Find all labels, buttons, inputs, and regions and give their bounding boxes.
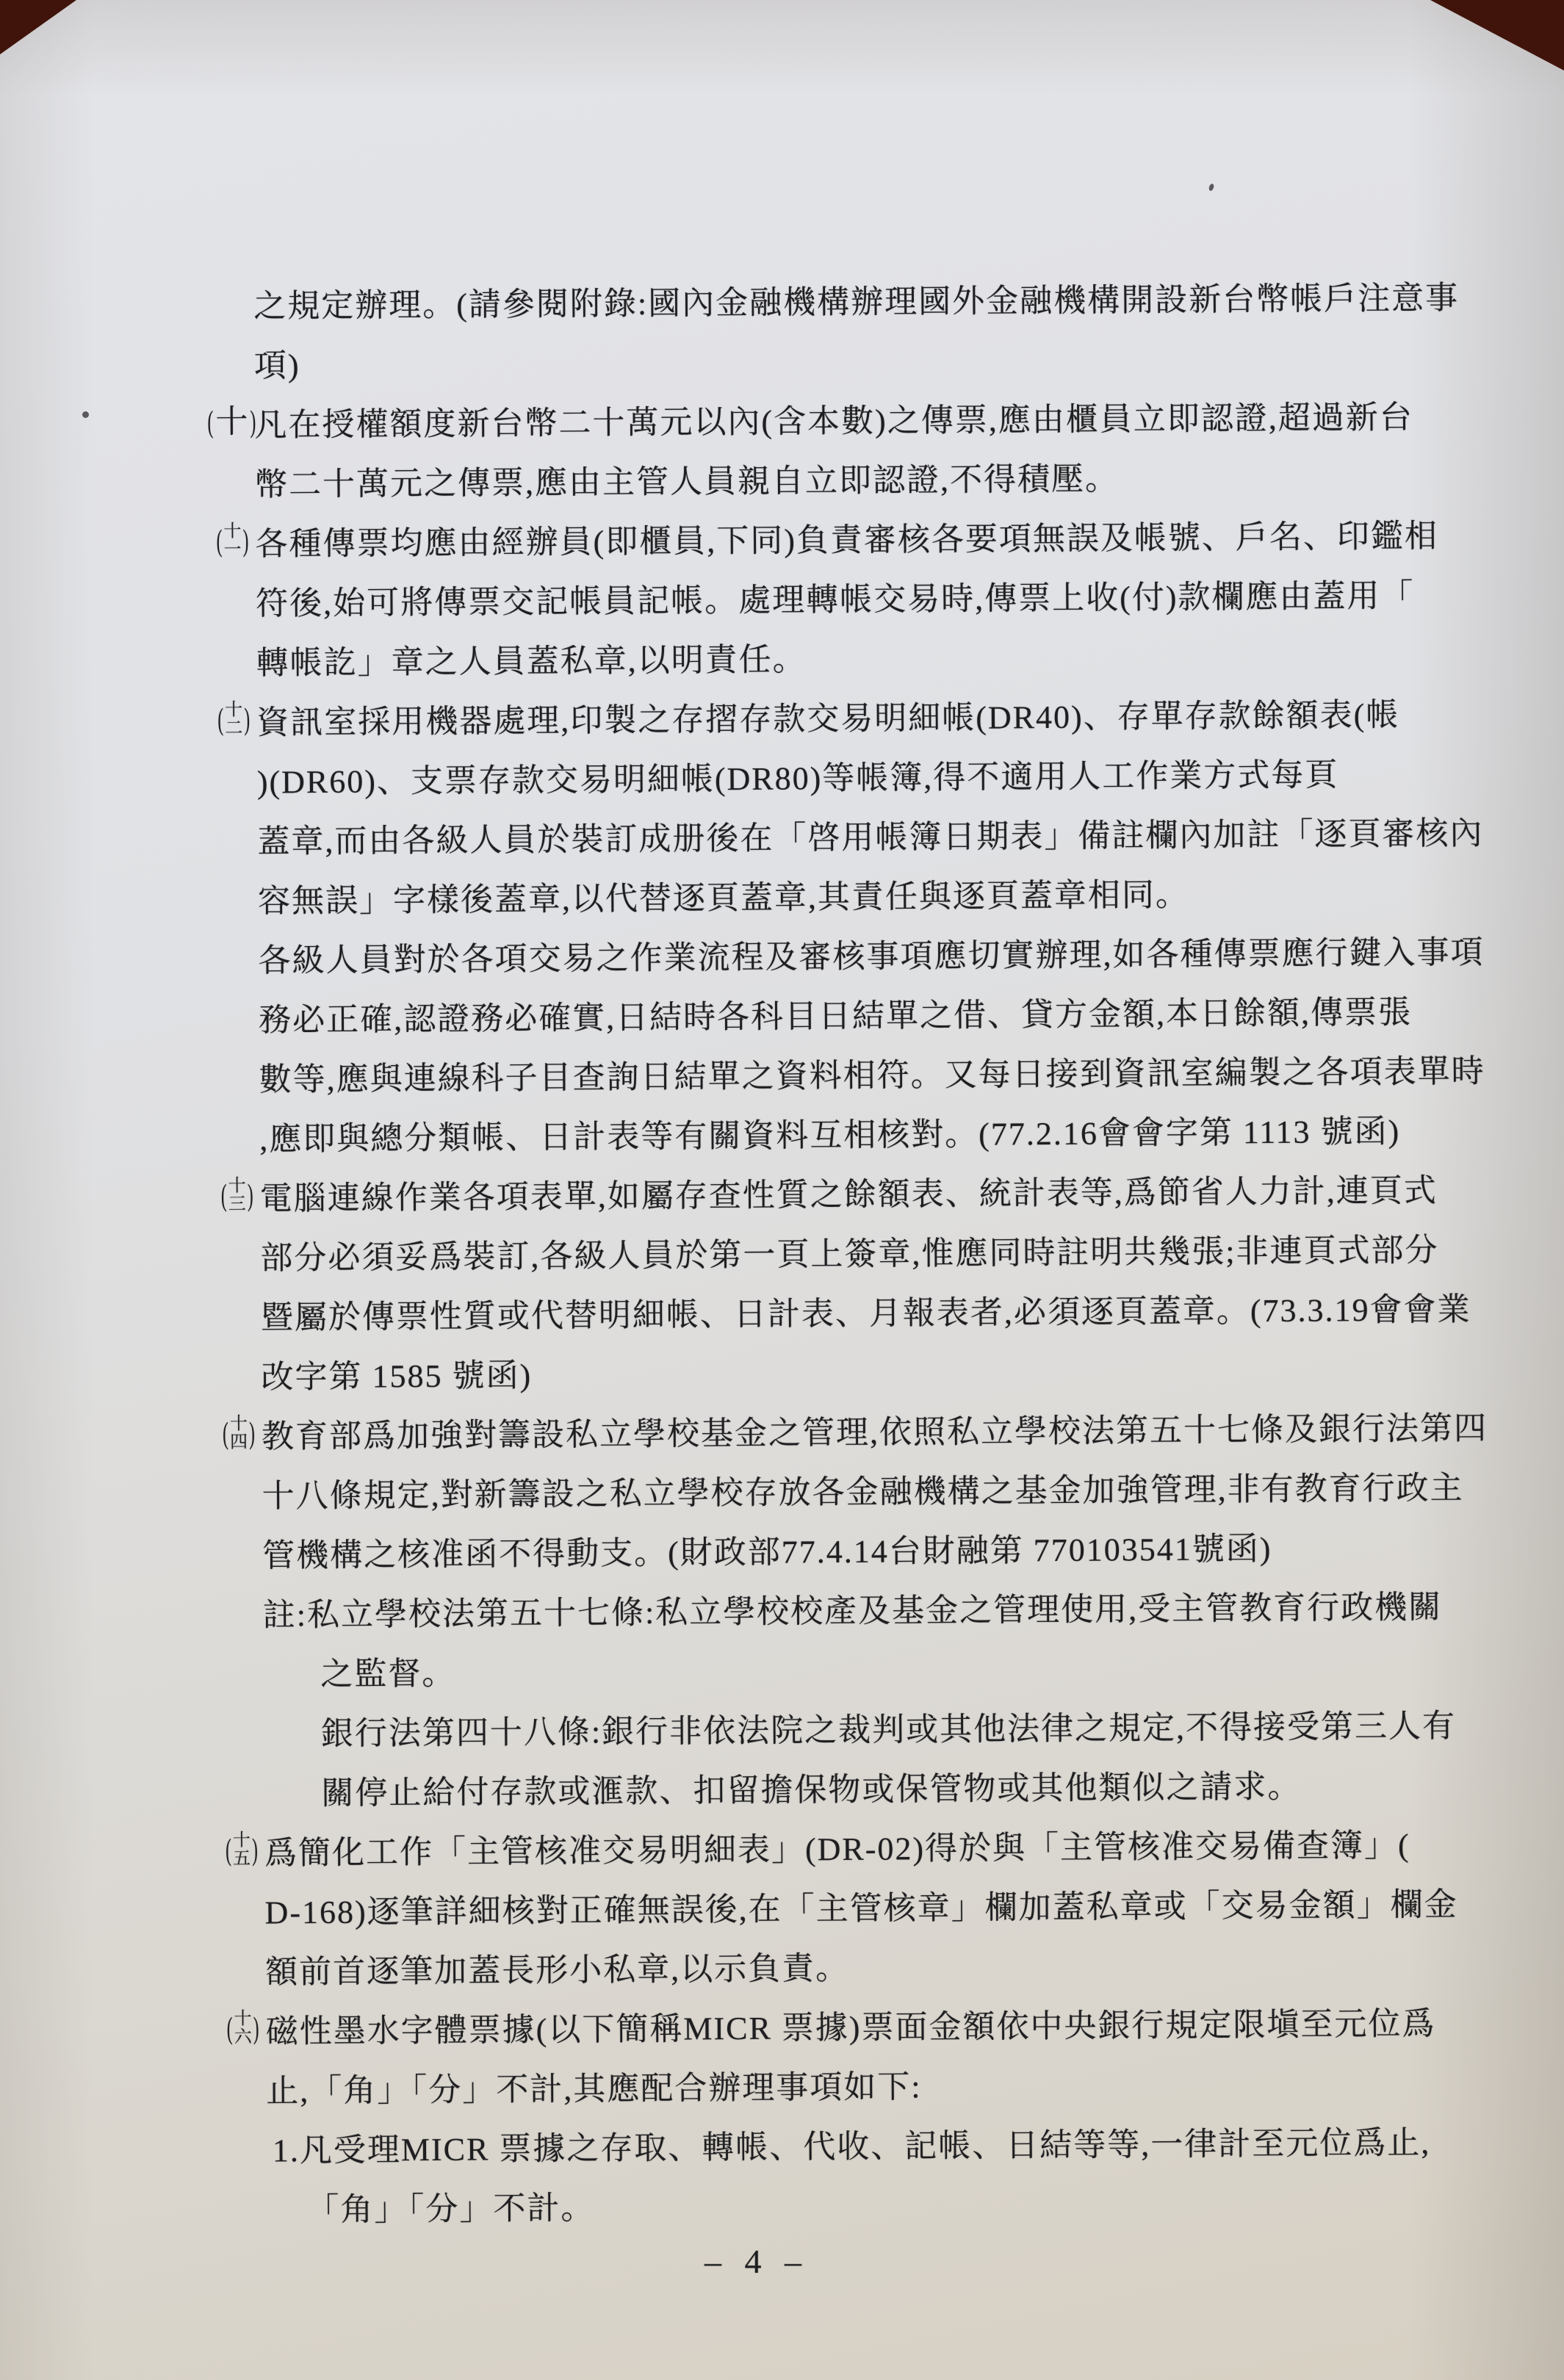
text-line: (十三)電腦連線作業各項表單,如屬存查性質之餘額表、統計表等,爲節省人力計,連頁… bbox=[214, 1156, 1529, 1225]
text-line: 蓋章,而由各級人員於裝訂成册後在「啓用帳簿日期表」備註欄內加註「逐頁審核內 bbox=[212, 799, 1527, 868]
text-line: 1.凡受理MICR 票據之存取、轉帳、代收、記帳、日結等等,一律計至元位爲止, bbox=[221, 2108, 1537, 2177]
text-line: 「角」「分」不計。 bbox=[221, 2168, 1537, 2236]
line-text: 凡在授權額度新台幣二十萬元以內(含本數)之傳票,應由櫃員立即認證,超過新台 bbox=[254, 390, 1413, 445]
line-text: 1.凡受理MICR 票據之存取、轉帳、代收、記帳、日結等等,一律計至元位爲止, bbox=[273, 2116, 1431, 2171]
item-number-marker: (十五) bbox=[219, 1832, 264, 1868]
text-line: 暨屬於傳票性質或代替明細帳、日計表、月報表者,必須逐頁蓋章。(73.3.19會會… bbox=[215, 1275, 1531, 1344]
photo-background-corner-top-left bbox=[0, 0, 76, 54]
text-line: 之規定辦理。(請參閱附錄:國內金融機構辦理國外金融機構開設新台幣帳戶注意事 bbox=[208, 264, 1524, 333]
line-text: 轉帳訖」章之人員蓋私章,以明責任。 bbox=[256, 632, 806, 683]
document-lines: 之規定辦理。(請參閱附錄:國內金融機構辦理國外金融機構開設新台幣帳戶注意事項)(… bbox=[208, 264, 1537, 2237]
line-text: 符後,始可將傳票交記帳員記帳。處理轉帳交易時,傳票上收(付)款欄應由蓋用「 bbox=[256, 569, 1415, 624]
text-line: 額前首逐筆加蓋長形小私章,以示負責。 bbox=[220, 1930, 1535, 1998]
line-text: D-168)逐筆詳細核對正確無誤後,在「主管核章」欄加蓋私章或「交易金額」欄金 bbox=[264, 1878, 1457, 1933]
text-line: 十八條規定,對新籌設之私立學校存放各金融機構之基金加強管理,非有教育行政主 bbox=[216, 1454, 1532, 1522]
text-line: ,應即與總分類帳、日計表等有關資料互相核對。(77.2.16會會字第 1113 … bbox=[214, 1097, 1529, 1165]
text-line: 改字第 1585 號函) bbox=[215, 1335, 1531, 1403]
line-text: 止,「角」「分」不計,其應配合辦理事項如下: bbox=[266, 2060, 922, 2111]
text-line: 數等,應與連線科子目查詢日結單之資料相符。又每日接到資訊室編製之各項表單時 bbox=[213, 1037, 1529, 1106]
line-text: 關停止給付存款或滙款、扣留擔保物或保管物或其他類似之請求。 bbox=[321, 1759, 1301, 1813]
text-line: (十二)資訊室採用機器處理,印製之存摺存款交易明細帳(DR40)、存單存款餘額表… bbox=[211, 680, 1527, 749]
text-line: 務必正確,認證務必確實,日結時各科目日結單之借、貸方金額,本日餘額,傳票張 bbox=[213, 978, 1529, 1046]
item-number-marker: (十) bbox=[209, 403, 254, 441]
line-text: 磁性墨水字體票據(以下簡稱MICR 票據)票面金額依中央銀行規定限塡至元位爲 bbox=[265, 1997, 1435, 2052]
line-text: 幣二十萬元之傳票,應由主管人員親自立即認證,不得積壓。 bbox=[255, 452, 1119, 505]
item-number-marker: (十三) bbox=[215, 1178, 260, 1214]
text-line: (十一)各種傳票均應由經辦員(即櫃員,下同)負責審核各要項無誤及帳號、戶名、印鑑… bbox=[209, 502, 1525, 570]
text-line: 符後,始可將傳票交記帳員記帳。處理轉帳交易時,傳票上收(付)款欄應由蓋用「 bbox=[210, 561, 1526, 630]
text-line: (十六)磁性墨水字體票據(以下簡稱MICR 票據)票面金額依中央銀行規定限塡至元… bbox=[220, 1989, 1535, 2058]
ink-speck bbox=[82, 411, 89, 418]
text-line: 關停止給付存款或滙款、扣留擔保物或保管物或其他類似之請求。 bbox=[218, 1751, 1534, 1820]
line-text: 資訊室採用機器處理,印製之存摺存款交易明細帳(DR40)、存單存款餘額表(帳 bbox=[256, 688, 1399, 743]
line-text: 爲簡化工作「主管核准交易明細表」(DR-02)得於與「主管核准交易備查簿」( bbox=[264, 1818, 1410, 1873]
line-text: 「角」「分」不計。 bbox=[306, 2181, 594, 2230]
line-text: )(DR60)、支票存款交易明細帳(DR80)等帳簿,得不適用人工作業方式每頁 bbox=[257, 748, 1339, 802]
text-line: (十四)教育部爲加強對籌設私立學校基金之管理,依照私立學校法第五十七條及銀行法第… bbox=[216, 1394, 1532, 1463]
text-line: 之監督。 bbox=[217, 1632, 1533, 1701]
line-text: 容無誤」字樣後蓋章,以代替逐頁蓋章,其責任與逐頁蓋章相同。 bbox=[258, 868, 1189, 921]
line-text: 暨屬於傳票性質或代替明細帳、日計表、月報表者,必須逐頁蓋章。(73.3.19會會… bbox=[261, 1283, 1471, 1338]
line-text: 電腦連線作業各項表單,如屬存查性質之餘額表、統計表等,爲節省人力計,連頁式 bbox=[260, 1164, 1438, 1219]
line-text: 各種傳票均應由經辦員(即櫃員,下同)負責審核各要項無誤及帳號、戶名、印鑑相 bbox=[255, 509, 1438, 564]
item-number-marker: (十二) bbox=[211, 702, 256, 738]
item-number-marker: (十六) bbox=[220, 2011, 266, 2047]
line-text: 教育部爲加強對籌設私立學校基金之管理,依照私立學校法第五十七條及銀行法第四 bbox=[262, 1401, 1488, 1457]
line-text: 部分必須妥爲裝訂,各級人員於第一頁上簽章,惟應同時註明共幾張;非連頁式部分 bbox=[260, 1223, 1439, 1278]
text-line: (十)凡在授權額度新台幣二十萬元以內(含本數)之傳票,應由櫃員立即認證,超過新台 bbox=[209, 383, 1524, 451]
line-text: 管機構之核准函不得動支。(財政部77.4.14台財融第 770103541號函) bbox=[262, 1521, 1272, 1576]
line-text: 數等,應與連線科子目查詢日結單之資料相符。又每日接到資訊室編製之各項表單時 bbox=[259, 1044, 1485, 1100]
text-line: 容無誤」字樣後蓋章,以代替逐頁蓋章,其責任與逐頁蓋章相同。 bbox=[212, 859, 1528, 927]
text-line: 轉帳訖」章之人員蓋私章,以明責任。 bbox=[210, 621, 1526, 689]
text-line: 項) bbox=[209, 324, 1524, 392]
text-line: 管機構之核准函不得動支。(財政部77.4.14台財融第 770103541號函) bbox=[217, 1513, 1532, 1582]
text-line: (十五)爲簡化工作「主管核准交易明細表」(DR-02)得於與「主管核准交易備查簿… bbox=[219, 1811, 1535, 1879]
page-number: – 4 – bbox=[0, 2242, 1513, 2281]
line-text: 銀行法第四十八條:銀行非依法院之裁判或其他法律之規定,不得接受第三人有 bbox=[321, 1699, 1457, 1754]
text-line: 各級人員對於各項交易之作業流程及審核事項應切實辦理,如各種傳票應行鍵入事項 bbox=[212, 918, 1528, 987]
text-line: 註:私立學校法第五十七條:私立學校校產及基金之管理使用,受主管教育行政機關 bbox=[217, 1573, 1532, 1641]
line-text: 改字第 1585 號函) bbox=[261, 1348, 532, 1397]
line-text: 註:私立學校法第五十七條:私立學校校產及基金之管理使用,受主管教育行政機關 bbox=[262, 1580, 1442, 1635]
line-text: 各級人員對於各項交易之作業流程及審核事項應切實辦理,如各種傳票應行鍵入事項 bbox=[258, 925, 1484, 981]
item-number-marker: (十一) bbox=[209, 523, 255, 559]
line-text: 項) bbox=[254, 339, 300, 386]
line-text: 額前首逐筆加蓋長形小私章,以示負責。 bbox=[265, 1941, 849, 1992]
text-line: 幣二十萬元之傳票,應由主管人員親自立即認證,不得積壓。 bbox=[209, 442, 1525, 511]
line-text: 蓋章,而由各級人員於裝訂成册後在「啓用帳簿日期表」備註欄內加註「逐頁審核內 bbox=[257, 806, 1483, 862]
text-line: 止,「角」「分」不計,其應配合辦理事項如下: bbox=[220, 2049, 1536, 2117]
text-line: 銀行法第四十八條:銀行非依法院之裁判或其他法律之規定,不得接受第三人有 bbox=[218, 1692, 1534, 1760]
text-line: )(DR60)、支票存款交易明細帳(DR80)等帳簿,得不適用人工作業方式每頁 bbox=[212, 740, 1527, 808]
item-number-marker: (十四) bbox=[216, 1416, 262, 1452]
line-text: 之規定辦理。(請參閱附錄:國內金融機構辦理國外金融機構開設新台幣帳戶注意事 bbox=[253, 271, 1459, 326]
ink-speck bbox=[1208, 183, 1215, 191]
text-line: 部分必須妥爲裝訂,各級人員於第一頁上簽章,惟應同時註明共幾張;非連頁式部分 bbox=[215, 1216, 1530, 1284]
scanned-paper-page: 之規定辦理。(請參閱附錄:國內金融機構辦理國外金融機構開設新台幣帳戶注意事項)(… bbox=[0, 0, 1564, 2380]
line-text: 務必正確,認證務必確實,日結時各科目日結單之借、貸方金額,本日餘額,傳票張 bbox=[259, 985, 1412, 1040]
line-text: 十八條規定,對新籌設之私立學校存放各金融機構之基金加強管理,非有教育行政主 bbox=[262, 1461, 1463, 1516]
text-line: D-168)逐筆詳細核對正確無誤後,在「主管核章」欄加蓋私章或「交易金額」欄金 bbox=[219, 1870, 1535, 1939]
line-text: ,應即與總分類帳、日計表等有關資料互相核對。(77.2.16會會字第 1113 … bbox=[259, 1104, 1400, 1159]
photo-background-corner-top-right bbox=[1430, 0, 1564, 71]
line-text: 之監督。 bbox=[320, 1646, 455, 1694]
